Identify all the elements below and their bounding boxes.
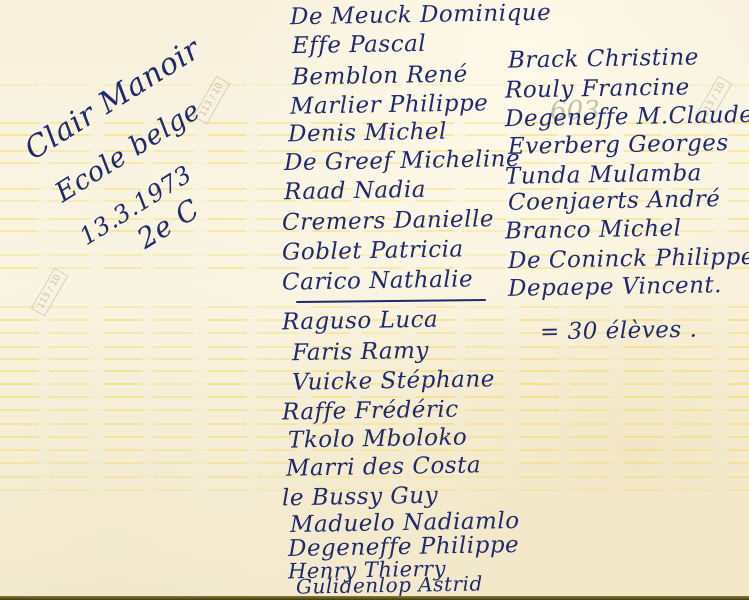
student-name: Carico Nathalie (282, 266, 474, 295)
student-name: Vuicke Stéphane (292, 366, 495, 396)
student-name: Faris Ramy (292, 338, 429, 366)
paper-bottom-edge (0, 596, 749, 600)
student-name: Tkolo Mboloko (288, 424, 468, 453)
student-name: Effe Pascal (292, 31, 427, 59)
paper-sheet: 113 / 10 113 / 10 113 / 10 603 Clair Man… (0, 0, 749, 600)
student-name: le Bussy Guy (282, 483, 439, 512)
student-name: Depaepe Vincent. (508, 272, 722, 302)
student-name: Tunda Mulamba (505, 160, 702, 189)
student-name: Raguso Luca (282, 307, 439, 336)
student-name: Denis Michel (288, 119, 447, 148)
total-students-note: = 30 élèves . (540, 317, 698, 346)
student-name: Raad Nadia (284, 177, 426, 205)
header-block: Clair Manoir Ecole belge 13.3.1973 2e C (0, 0, 280, 260)
student-name: Degeneffe M.Claude (505, 102, 749, 132)
student-name: Brack Christine (508, 44, 699, 73)
student-name: Raffe Frédéric (282, 396, 459, 425)
separator-underline (296, 299, 486, 303)
student-name: Rouly Francine (505, 74, 690, 103)
student-name: Branco Michel (505, 215, 682, 244)
student-name: Everberg Georges (508, 130, 729, 160)
student-name: Marlier Philippe (290, 90, 489, 119)
student-name: De Meuck Dominique (290, 0, 552, 30)
student-name: Cremers Danielle (282, 206, 494, 236)
student-name: Marri des Costa (286, 452, 482, 481)
student-name: De Greef Micheline (284, 146, 521, 176)
student-name: Goblet Patricia (282, 236, 464, 265)
faint-stamp-mark: 113 / 10 (31, 267, 69, 316)
student-name: Bemblon René (292, 61, 468, 90)
student-name: Coenjaerts André (508, 186, 721, 216)
student-name: De Coninck Philippe (508, 244, 749, 274)
